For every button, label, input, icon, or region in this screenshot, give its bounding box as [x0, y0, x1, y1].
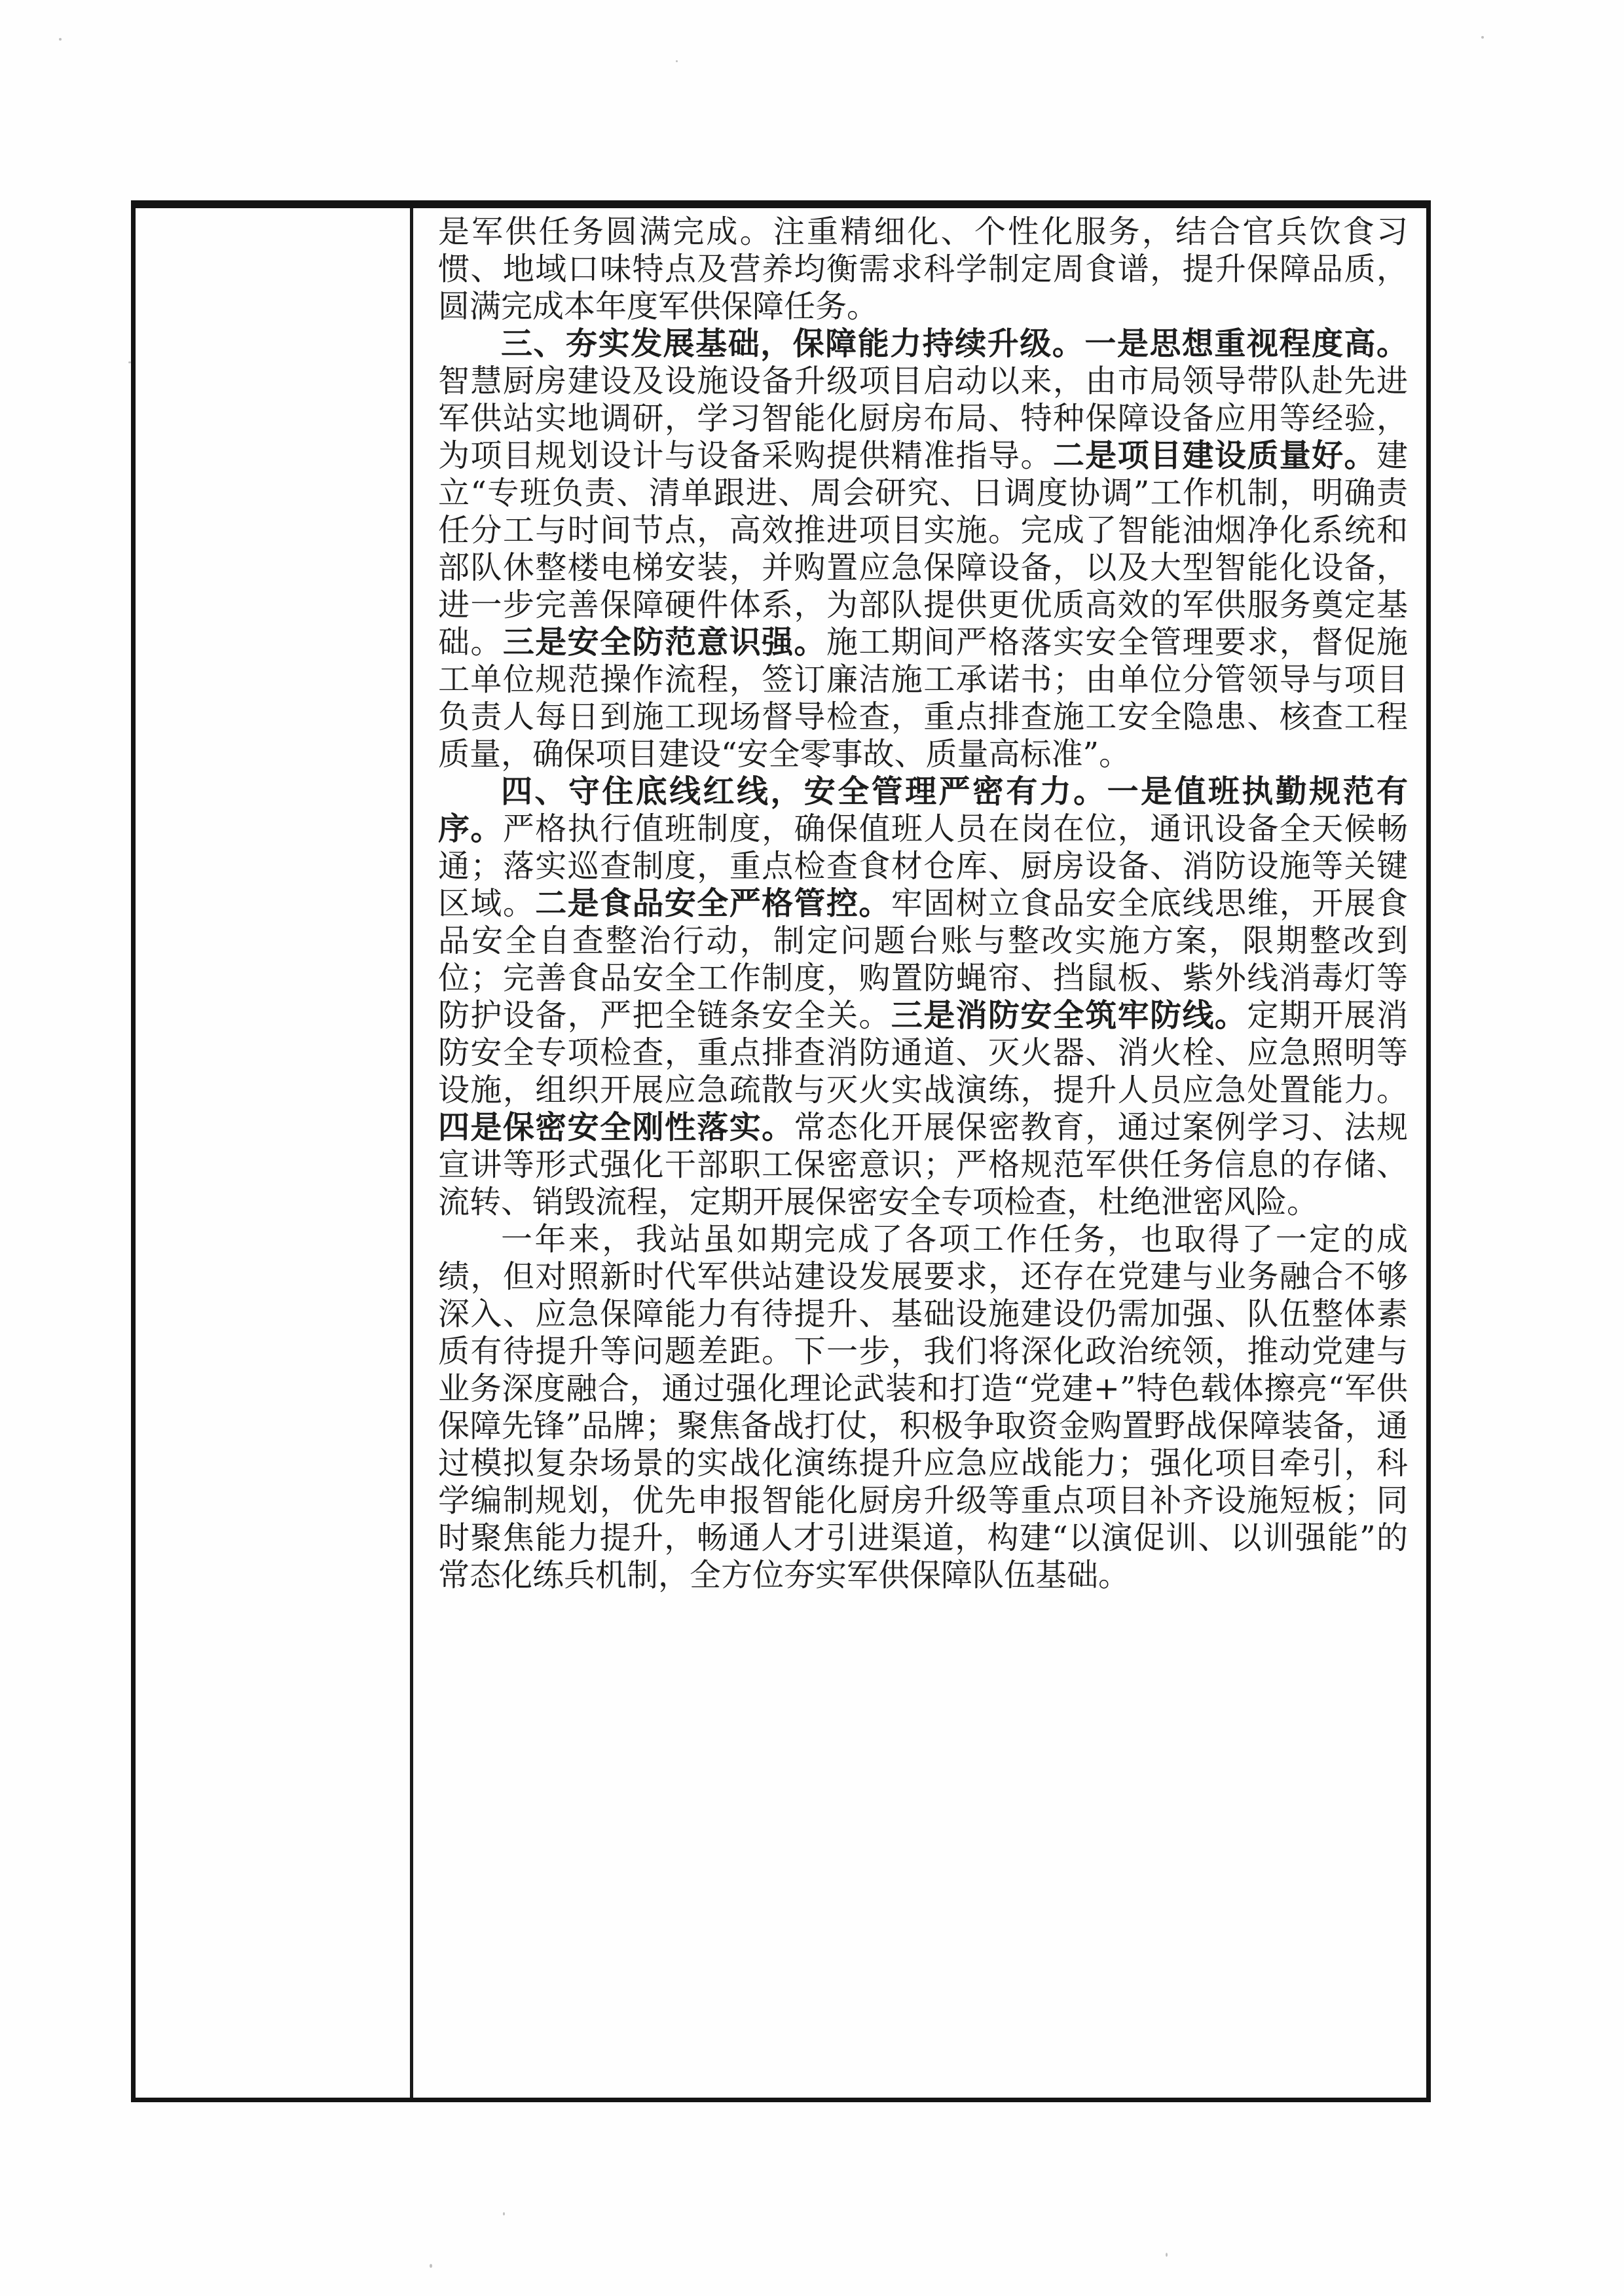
paragraph: 四、守住底线红线，安全管理严密有力。一是值班执勤规范有序。严格执行值班制度，确保… [438, 773, 1408, 1221]
text-run-bold: 二是项目建设质量好。 [1053, 437, 1376, 474]
text-run: 一年来，我站虽如期完成了各项工作任务，也取得了一定的成绩，但对照新时代军供站建设… [438, 1221, 1408, 1594]
paragraph: 是军供任务圆满完成。注重精细化、个性化服务，结合官兵饮食习惯、地域口味特点及营养… [438, 213, 1408, 325]
scan-speck [128, 361, 131, 363]
paragraph: 一年来，我站虽如期完成了各项工作任务，也取得了一定的成绩，但对照新时代军供站建设… [438, 1221, 1408, 1594]
text-run-bold: 三是消防安全筑牢防线。 [891, 997, 1247, 1034]
text-run-bold: 二是食品安全严格管控。 [535, 885, 891, 922]
report-continuation-table: 是军供任务圆满完成。注重精细化、个性化服务，结合官兵饮食习惯、地域口味特点及营养… [131, 200, 1431, 2102]
scan-speck [503, 2212, 505, 2215]
scan-speck [59, 38, 62, 41]
scan-speck [676, 60, 678, 62]
scan-speck [1481, 36, 1484, 39]
scanned-document-page: 是军供任务圆满完成。注重精细化、个性化服务，结合官兵饮食习惯、地域口味特点及营养… [0, 0, 1624, 2296]
scan-speck [1166, 2253, 1168, 2257]
text-run: 是军供任务圆满完成。注重精细化、个性化服务，结合官兵饮食习惯、地域口味特点及营养… [438, 213, 1408, 325]
text-run-bold: 三、夯实发展基础，保障能力持续升级。一是思想重视程度高。 [501, 325, 1408, 362]
table-content-cell: 是军供任务圆满完成。注重精细化、个性化服务，结合官兵饮食习惯、地域口味特点及营养… [413, 208, 1426, 2098]
text-run-bold: 三是安全防范意识强。 [503, 624, 826, 661]
paragraph: 三、夯实发展基础，保障能力持续升级。一是思想重视程度高。智慧厨房建设及设施设备升… [438, 325, 1408, 773]
text-run-bold: 四是保密安全刚性落实。 [438, 1109, 794, 1146]
table-label-column-empty [136, 208, 413, 2098]
scan-speck [430, 2264, 432, 2268]
